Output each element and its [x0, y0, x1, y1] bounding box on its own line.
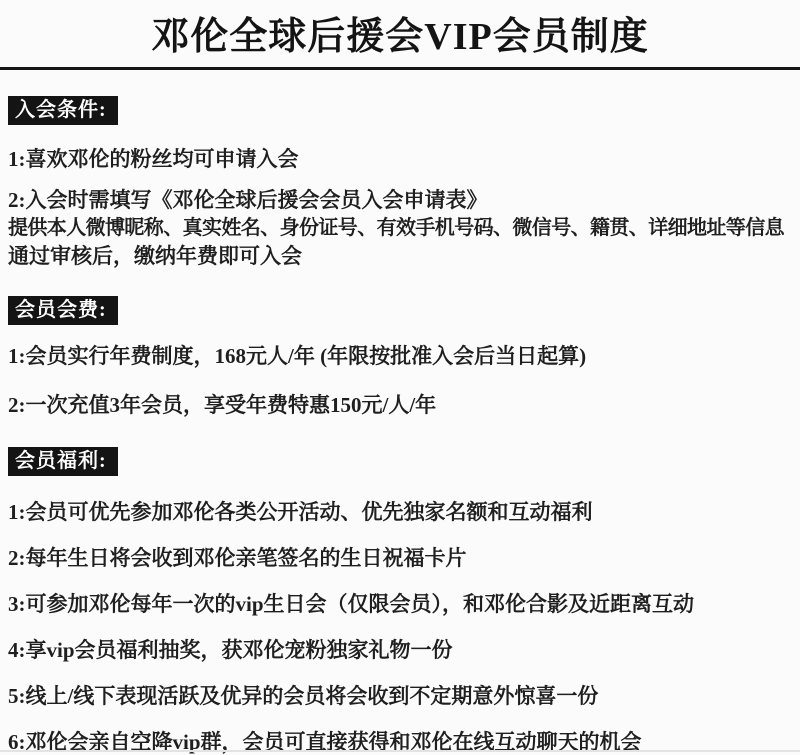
text-line: 5:线上/线下表现活跃及优异的会员将会收到不定期意外惊喜一份 [8, 684, 796, 708]
text-line: 通过审核后，缴纳年费即可入会 [8, 242, 796, 270]
text-line: 提供本人微博昵称、真实姓名、身份证号、有效手机号码、微信号、籍贯、详细地址等信息 [8, 214, 796, 242]
document-body: 入会条件: 1:喜欢邓伦的粉丝均可申请入会 2:入会时需填写《邓伦全球后援会会员… [0, 70, 800, 754]
text-line: 1:会员实行年费制度，168元人/年 (年限按批准入会后当日起算) [8, 344, 796, 368]
bottom-divider [0, 750, 800, 752]
paragraph: 2:入会时需填写《邓伦全球后援会会员入会申请表》 提供本人微博昵称、真实姓名、身… [8, 186, 796, 270]
section-label-member-benefits: 会员福利: [8, 447, 118, 476]
text-line: 3:可参加邓伦每年一次的vip生日会（仅限会员），和邓伦合影及近距离互动 [8, 592, 796, 616]
section-label-membership-fee: 会员会费: [8, 296, 118, 325]
text-line: 2:入会时需填写《邓伦全球后援会会员入会申请表》 [8, 186, 796, 214]
section-label-join-conditions: 入会条件: [8, 96, 118, 125]
text-line: 4:享vip会员福利抽奖，获邓伦宠粉独家礼物一份 [8, 638, 796, 662]
text-line: 1:会员可优先参加邓伦各类公开活动、优先独家名额和互动福利 [8, 500, 796, 524]
text-line: 1:喜欢邓伦的粉丝均可申请入会 [8, 147, 796, 171]
text-line: 2:一次充值3年会员，享受年费特惠150元/人/年 [8, 393, 796, 417]
text-line: 2:每年生日将会收到邓伦亲笔签名的生日祝福卡片 [8, 546, 796, 570]
document-page: 邓伦全球后援会VIP会员制度 入会条件: 1:喜欢邓伦的粉丝均可申请入会 2:入… [0, 0, 800, 755]
page-title: 邓伦全球后援会VIP会员制度 [0, 0, 800, 61]
